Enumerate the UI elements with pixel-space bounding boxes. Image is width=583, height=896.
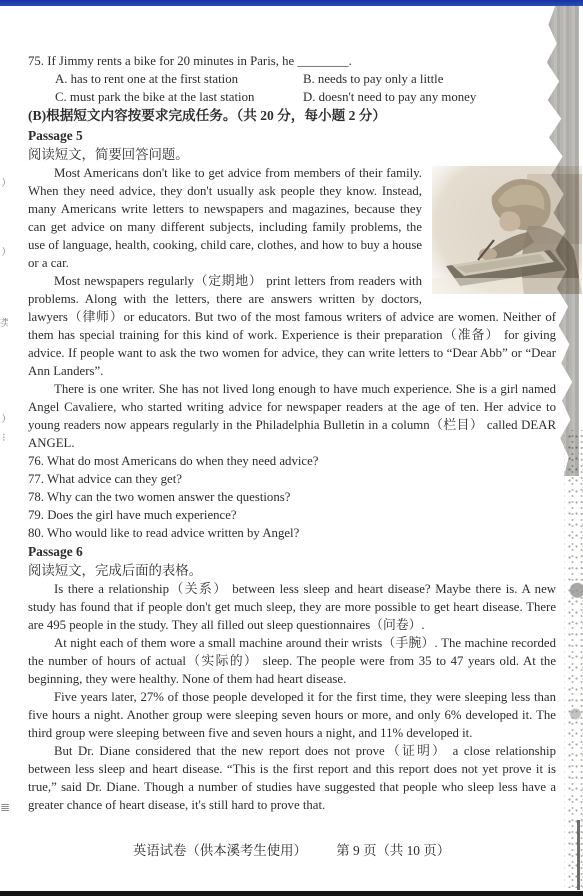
page-body: 75. If Jimmy rents a bike for 20 minutes…	[28, 52, 556, 814]
left-margin-mark: ）	[1, 414, 8, 425]
question-76: 76. What do most Americans do when they …	[28, 452, 556, 470]
left-margin-mark: ）	[1, 247, 8, 258]
option-a: A. has to rent one at the first station	[28, 70, 303, 88]
left-margin-mark: 类	[0, 318, 8, 329]
question-75-options-row-2: C. must park the bike at the last statio…	[28, 88, 556, 106]
section-b-heading: (B)根据短文内容按要求完成任务。（共 20 分，每小题 2 分）	[28, 106, 556, 126]
passage-6-instruction: 阅读短文，完成后面的表格。	[28, 561, 556, 580]
passage-5-body: Most Americans don't like to get advice …	[28, 164, 556, 452]
scan-top-blue-bar	[0, 0, 583, 6]
passage-5-instruction: 阅读短文，简要回答问题。	[28, 145, 556, 164]
page-footer: 英语试卷（供本溪考生使用） 第 9 页（共 10 页）	[0, 840, 583, 859]
question-75-stem: 75. If Jimmy rents a bike for 20 minutes…	[28, 52, 556, 70]
option-b: B. needs to pay only a little	[303, 70, 556, 88]
passage-5-paragraph-3: There is one writer. She has not lived l…	[28, 380, 556, 452]
passage-6-title: Passage 6	[28, 542, 556, 561]
scan-edge-line	[577, 820, 580, 890]
passage-6-paragraph-1: Is there a relationship（关系） between less…	[28, 580, 556, 634]
option-c: C. must park the bike at the last statio…	[28, 88, 303, 106]
left-margin-mark: ≣	[0, 802, 9, 813]
passage-6-paragraph-4: But Dr. Diane considered that the new re…	[28, 742, 556, 814]
question-75-options-row-1: A. has to rent one at the first station …	[28, 70, 556, 88]
question-80: 80. Who would like to read advice writte…	[28, 524, 556, 542]
passage-5-questions: 76. What do most Americans do when they …	[28, 452, 556, 542]
passage-6-body: Is there a relationship（关系） between less…	[28, 580, 556, 814]
passage-6-paragraph-3: Five years later, 27% of those people de…	[28, 688, 556, 742]
question-79: 79. Does the girl have much experience?	[28, 506, 556, 524]
footer-paper-title: 英语试卷（供本溪考生使用）	[133, 840, 307, 859]
passage-6-paragraph-2: At night each of them wore a small machi…	[28, 634, 556, 688]
question-77: 77. What advice can they get?	[28, 470, 556, 488]
passage-5-title: Passage 5	[28, 126, 556, 145]
option-d: D. doesn't need to pay any money	[303, 88, 556, 106]
footer-page-number: 第 9 页（共 10 页）	[336, 840, 450, 859]
left-margin-mark: ）	[1, 178, 8, 189]
scan-edge-artifact-bottom	[564, 430, 583, 888]
scan-bottom-black-bar	[0, 891, 583, 896]
question-78: 78. Why can the two women answer the que…	[28, 488, 556, 506]
girl-writing-photo	[432, 166, 582, 294]
left-margin-mark: ⁝	[2, 433, 10, 455]
